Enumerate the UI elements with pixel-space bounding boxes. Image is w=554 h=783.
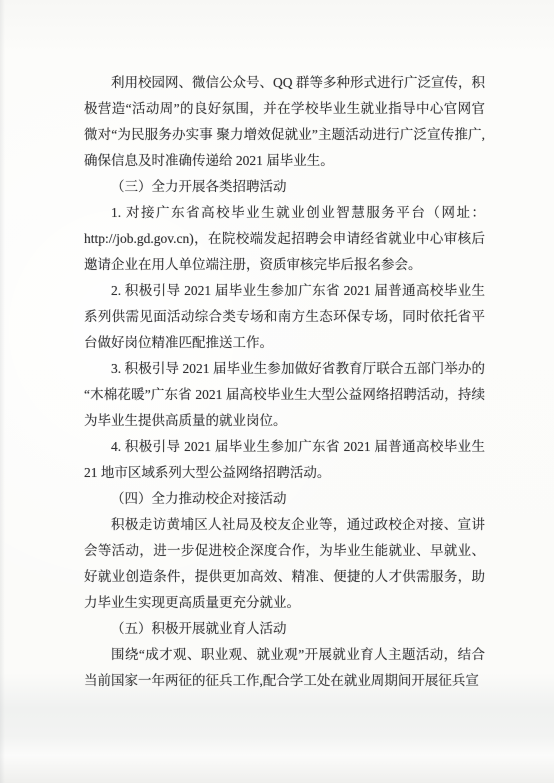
paragraph-employment-education: 围绕“成才观、职业观、就业观”开展就业育人主题活动，结合当前国家一年两征的征兵工… — [84, 642, 485, 694]
section-heading-5: （五）积极开展就业育人活动 — [84, 616, 485, 642]
paragraph-item-2: 2. 积极引导 2021 届毕业生参加广东省 2021 届普通高校毕业生系列供需… — [84, 278, 485, 356]
section-heading-4: （四）全力推动校企对接活动 — [84, 486, 485, 512]
paragraph-school-enterprise: 积极走访黄埔区人社局及校友企业等，通过政校企对接、宣讲会等活动，进一步促进校企深… — [84, 512, 485, 616]
scanned-document-page: 利用校园网、微信公众号、QQ 群等多种形式进行广泛宣传，积极营造“活动周”的良好… — [0, 0, 554, 783]
paragraph-publicity: 利用校园网、微信公众号、QQ 群等多种形式进行广泛宣传，积极营造“活动周”的良好… — [84, 70, 485, 174]
section-heading-3: （三）全力开展各类招聘活动 — [84, 174, 485, 200]
paragraph-item-1: 1. 对接广东省高校毕业生就业创业智慧服务平台（网址：http://job.gd… — [84, 200, 485, 278]
paragraph-item-3: 3. 积极引导 2021 届毕业生参加做好省教育厅联合五部门举办的“木棉花暖”广… — [84, 356, 485, 434]
document-text-block: 利用校园网、微信公众号、QQ 群等多种形式进行广泛宣传，积极营造“活动周”的良好… — [84, 70, 485, 694]
paragraph-item-4: 4. 积极引导 2021 届毕业生参加广东省 2021 届普通高校毕业生 21 … — [84, 434, 485, 486]
